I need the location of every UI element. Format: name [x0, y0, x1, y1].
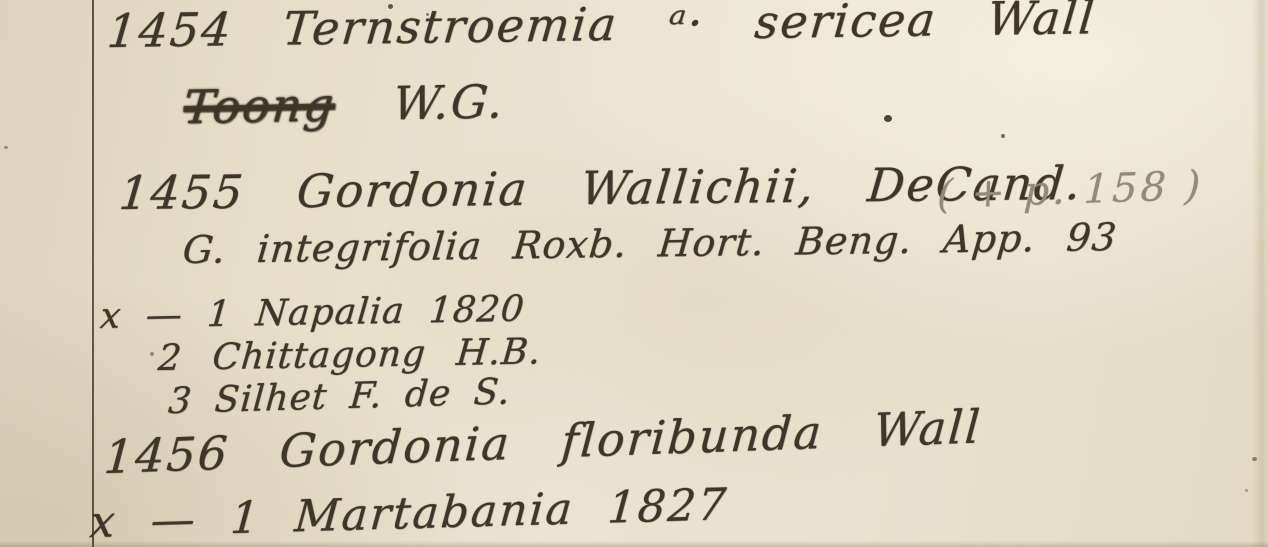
ink-speck: [1252, 457, 1257, 461]
pencil-page-reference-note: ( + p. 158 ): [936, 163, 1204, 218]
entry-1455-synonym-line: G. integrifolia Roxb. Hort. Beng. App. 9…: [181, 215, 1119, 272]
manuscript-page: 1454 Ternstroemia ᵃ· sericea Wall ToongW…: [0, 0, 1268, 547]
ink-speck: [1245, 489, 1248, 492]
struck-vernacular-word: Toong: [181, 77, 337, 134]
vernacular-initials: W.G.: [391, 74, 507, 130]
entry-1455-collection-line-3: 3 Silhet F. de S.: [167, 371, 512, 422]
entry-1455-collection-line-1: x — 1 Napalia 1820: [98, 289, 526, 337]
entry-1454-vernacular-line: ToongW.G.: [181, 74, 507, 134]
ink-speck: [1001, 134, 1005, 138]
page-right-edge-shadow: [1252, 0, 1268, 547]
ruled-margin-line: [92, 0, 94, 547]
ink-speck: [426, 13, 429, 16]
ink-speck: [150, 352, 154, 356]
entry-1456-collection-line-1: x — 1 Martabania 1827: [88, 479, 730, 547]
ink-speck: [4, 146, 8, 149]
ink-speck: [884, 115, 892, 122]
ink-speck: [388, 4, 393, 9]
entry-1454-name-line: 1454 Ternstroemia ᵃ· sericea Wall: [105, 0, 1098, 58]
